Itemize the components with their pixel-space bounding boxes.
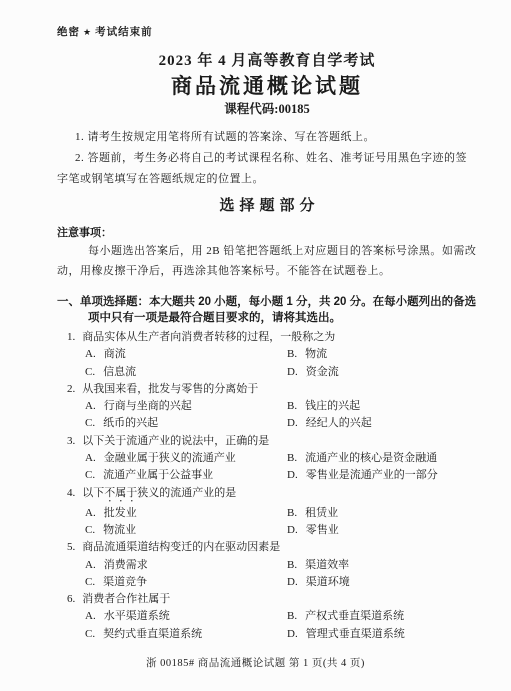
option-text: 消费需求 [104, 559, 148, 571]
options-grid: A.金融业属于狭义的流通产业 B.流通产业的核心是资金融通 C.流通产业属于公益… [57, 450, 477, 485]
options-grid: A.商流 B.物流 C.信息流 D.资金流 [57, 346, 477, 381]
secrecy-marking: 绝密★考试结束前 [57, 25, 477, 39]
option-item: C.信息流 [85, 364, 287, 381]
option-item: A.行商与坐商的兴起 [85, 398, 287, 415]
question-stem: 1.商品实体从生产者向消费者转移的过程，一般称之为 [57, 329, 477, 346]
option-text: 钱庄的兴起 [305, 400, 360, 412]
question-item: 1.商品实体从生产者向消费者转移的过程，一般称之为 A.商流 B.物流 C.信息… [57, 329, 477, 381]
option-item: A.消费需求 [85, 557, 287, 574]
question-number: 1. [67, 331, 75, 343]
question-text: 消费者合作社属于 [82, 593, 170, 605]
option-text: 零售业 [306, 524, 339, 536]
question-item: 4.以下不属于狭义的流通产业的是 A.批发业 B.租赁业 C.物流业 D.零售业 [57, 485, 477, 540]
option-label: C. [85, 524, 95, 536]
option-label: B. [287, 452, 297, 464]
question-item: 6.消费者合作社属于 A.水平渠道系统 B.产权式垂直渠道系统 C.契约式垂直渠… [57, 591, 477, 643]
option-text: 渠道竞争 [103, 576, 147, 588]
option-item: B.流通产业的核心是资金融通 [287, 450, 477, 467]
options-grid: A.行商与坐商的兴起 B.钱庄的兴起 C.纸币的兴起 D.经纪人的兴起 [57, 398, 477, 433]
option-label: C. [85, 469, 95, 481]
options-grid: A.水平渠道系统 B.产权式垂直渠道系统 C.契约式垂直渠道系统 D.管理式垂直… [57, 608, 477, 643]
question-number: 3. [67, 435, 75, 447]
instruction-item: 1. 请考生按规定用笔将所有试题的答案涂、写在答题纸上。 [57, 127, 477, 148]
instruction-item: 2. 答题前，考生务必将自己的考试课程名称、姓名、准考证号用黑色字迹的签字笔或钢… [57, 148, 477, 190]
option-label: C. [85, 366, 95, 378]
option-label: B. [287, 559, 297, 571]
question-stem: 2.从我国来看，批发与零售的分离始于 [57, 381, 477, 398]
question-stem: 4.以下不属于狭义的流通产业的是 [57, 485, 477, 505]
option-label: A. [85, 400, 96, 412]
option-text: 产权式垂直渠道系统 [305, 610, 404, 622]
options-grid: A.消费需求 B.渠道效率 C.渠道竞争 D.渠道环境 [57, 557, 477, 592]
question-number: 5. [67, 541, 75, 553]
option-label: A. [85, 559, 96, 571]
option-text: 零售业是流通产业的一部分 [306, 469, 438, 481]
option-text: 租赁业 [305, 507, 338, 519]
question-item: 5.商品流通渠道结构变迁的内在驱动因素是 A.消费需求 B.渠道效率 C.渠道竞… [57, 539, 477, 591]
question-number: 4. [67, 487, 75, 499]
section-heading: 一、单项选择题：本大题共 20 小题，每小题 1 分，共 20 分。在每小题列出… [57, 295, 477, 326]
question-stem: 5.商品流通渠道结构变迁的内在驱动因素是 [57, 539, 477, 556]
option-text: 商流 [104, 348, 126, 360]
option-item: D.渠道环境 [287, 574, 477, 591]
question-text: 以下不属于狭义的流通产业的是 [82, 487, 236, 499]
option-label: B. [287, 348, 297, 360]
option-label: D. [287, 576, 298, 588]
question-item: 2.从我国来看，批发与零售的分离始于 A.行商与坐商的兴起 B.钱庄的兴起 C.… [57, 381, 477, 433]
option-item: A.商流 [85, 346, 287, 363]
option-text: 契约式垂直渠道系统 [103, 628, 202, 640]
option-item: B.产权式垂直渠道系统 [287, 608, 477, 625]
option-item: C.渠道竞争 [85, 574, 287, 591]
option-item: C.物流业 [85, 522, 287, 539]
option-item: A.批发业 [85, 505, 287, 522]
option-label: A. [85, 507, 96, 519]
option-label: D. [287, 417, 298, 429]
question-list: 1.商品实体从生产者向消费者转移的过程，一般称之为 A.商流 B.物流 C.信息… [57, 329, 477, 643]
option-label: D. [287, 366, 298, 378]
exam-session-title: 2023 年 4 月高等教育自学考试 [57, 52, 477, 71]
option-text: 纸币的兴起 [103, 417, 158, 429]
option-item: A.金融业属于狭义的流通产业 [85, 450, 287, 467]
option-item: C.纸币的兴起 [85, 415, 287, 432]
option-item: B.租赁业 [287, 505, 477, 522]
question-text: 商品流通渠道结构变迁的内在驱动因素是 [82, 541, 280, 553]
option-label: A. [85, 452, 96, 464]
notes-body: 每小题选出答案后，用 2B 铅笔把答题纸上对应题目的答案标号涂黑。如需改动，用橡… [57, 241, 477, 281]
question-stem: 3.以下关于流通产业的说法中，正确的是 [57, 433, 477, 450]
option-label: C. [85, 576, 95, 588]
option-text: 渠道环境 [306, 576, 350, 588]
option-item: B.物流 [287, 346, 477, 363]
option-text: 行商与坐商的兴起 [104, 400, 192, 412]
option-item: D.零售业是流通产业的一部分 [287, 467, 477, 484]
option-label: C. [85, 417, 95, 429]
option-text: 批发业 [104, 507, 137, 519]
option-item: C.流通产业属于公益事业 [85, 467, 287, 484]
option-label: D. [287, 628, 298, 640]
option-text: 流通产业的核心是资金融通 [305, 452, 437, 464]
star-icon: ★ [80, 27, 95, 37]
option-text: 资金流 [306, 366, 339, 378]
option-label: C. [85, 628, 95, 640]
option-item: B.渠道效率 [287, 557, 477, 574]
option-text: 水平渠道系统 [104, 610, 170, 622]
option-label: D. [287, 469, 298, 481]
option-label: B. [287, 610, 297, 622]
options-grid: A.批发业 B.租赁业 C.物流业 D.零售业 [57, 505, 477, 540]
exam-paper-page: 绝密★考试结束前 2023 年 4 月高等教育自学考试 商品流通概论试题 课程代… [0, 0, 511, 691]
option-text: 物流 [305, 348, 327, 360]
option-text: 流通产业属于公益事业 [103, 469, 213, 481]
stem-segment: 狭义的流通产业的是 [137, 487, 236, 499]
option-item: D.经纪人的兴起 [287, 415, 477, 432]
notes-label: 注意事项： [57, 225, 477, 241]
question-item: 3.以下关于流通产业的说法中，正确的是 A.金融业属于狭义的流通产业 B.流通产… [57, 433, 477, 485]
option-text: 经纪人的兴起 [306, 417, 372, 429]
option-item: D.零售业 [287, 522, 477, 539]
paper-title: 商品流通概论试题 [57, 74, 477, 99]
stem-emphasized-segment: 不属于 [104, 487, 137, 499]
option-text: 金融业属于狭义的流通产业 [104, 452, 236, 464]
option-text: 渠道效率 [305, 559, 349, 571]
page-footer: 浙 00185# 商品流通概论试题 第 1 页(共 4 页) [0, 655, 511, 670]
question-text: 以下关于流通产业的说法中，正确的是 [82, 435, 269, 447]
option-item: B.钱庄的兴起 [287, 398, 477, 415]
option-label: A. [85, 610, 96, 622]
question-stem: 6.消费者合作社属于 [57, 591, 477, 608]
option-label: B. [287, 400, 297, 412]
option-text: 信息流 [103, 366, 136, 378]
option-text: 物流业 [103, 524, 136, 536]
option-item: C.契约式垂直渠道系统 [85, 626, 287, 643]
question-number: 2. [67, 383, 75, 395]
part-title: 选择题部分 [57, 196, 477, 216]
stem-segment: 以下 [82, 487, 104, 499]
secrecy-suffix: 考试结束前 [95, 26, 153, 38]
question-text: 从我国来看，批发与零售的分离始于 [82, 383, 258, 395]
instructions-list: 1. 请考生按规定用笔将所有试题的答案涂、写在答题纸上。 2. 答题前，考生务必… [57, 127, 477, 190]
question-number: 6. [67, 593, 75, 605]
option-label: A. [85, 348, 96, 360]
option-text: 管理式垂直渠道系统 [306, 628, 405, 640]
question-text: 商品实体从生产者向消费者转移的过程，一般称之为 [82, 331, 335, 343]
course-code: 课程代码:00185 [57, 102, 477, 117]
option-item: A.水平渠道系统 [85, 608, 287, 625]
secrecy-prefix: 绝密 [57, 26, 80, 38]
option-label: D. [287, 524, 298, 536]
option-item: D.管理式垂直渠道系统 [287, 626, 477, 643]
option-label: B. [287, 507, 297, 519]
option-item: D.资金流 [287, 364, 477, 381]
